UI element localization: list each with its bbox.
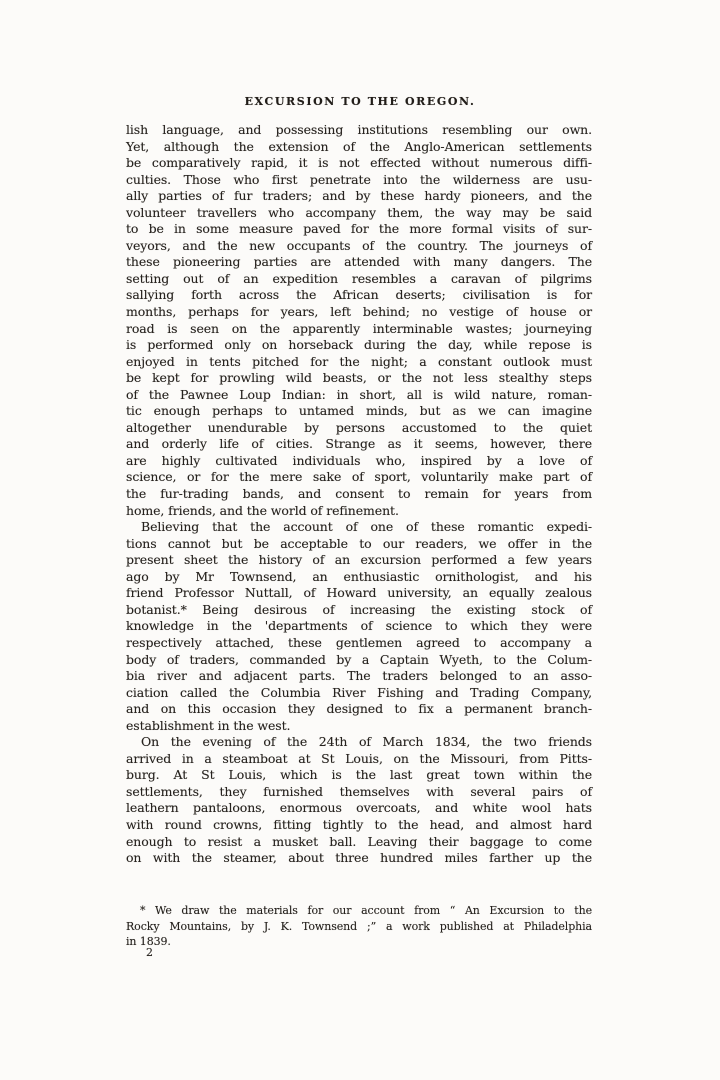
text-line: ally parties of fur traders; and by thes… xyxy=(126,188,592,205)
text-line: be comparatively rapid, it is not effect… xyxy=(126,155,592,172)
text-line: volunteer travellers who accompany them,… xyxy=(126,205,592,222)
text-line: and on this occasion they designed to fi… xyxy=(126,701,592,718)
text-line: setting out of an expedition resembles a… xyxy=(126,271,592,288)
text-line: Rocky Mountains, by J. K. Townsend ;” a … xyxy=(126,919,592,935)
text-line: veyors, and the new occupants of the cou… xyxy=(126,238,592,255)
text-line: Yet, although the extension of the Anglo… xyxy=(126,139,592,156)
text-line: body of traders, commanded by a Captain … xyxy=(126,652,592,669)
text-line: tic enough perhaps to untamed minds, but… xyxy=(126,403,592,420)
text-line: establishment in the west. xyxy=(126,718,592,735)
text-line: be kept for prowling wild beasts, or the… xyxy=(126,370,592,387)
text-line: these pioneering parties are attended wi… xyxy=(126,254,592,271)
text-line: burg. At St Louis, which is the last gre… xyxy=(126,767,592,784)
text-line: lish language, and possessing institutio… xyxy=(126,122,592,139)
text-line: Believing that the account of one of the… xyxy=(126,519,592,536)
text-line: with round crowns, fitting tightly to th… xyxy=(126,817,592,834)
text-line: sallying forth across the African desert… xyxy=(126,287,592,304)
footnote: * We draw the materials for our account … xyxy=(126,903,592,950)
page-number: 2 xyxy=(146,946,153,959)
text-line: culties. Those who first penetrate into … xyxy=(126,172,592,189)
text-line: ciation called the Columbia River Fishin… xyxy=(126,685,592,702)
text-line: altogether unendurable by persons accust… xyxy=(126,420,592,437)
text-line: the fur-trading bands, and consent to re… xyxy=(126,486,592,503)
text-line: months, perhaps for years, left behind; … xyxy=(126,304,592,321)
paragraph: Believing that the account of one of the… xyxy=(126,519,592,734)
running-header-title: EXCURSION TO THE OREGON. xyxy=(0,95,720,108)
text-line: botanist.* Being desirous of increasing … xyxy=(126,602,592,619)
text-line: knowledge in the 'departments of science… xyxy=(126,618,592,635)
paragraph: On the evening of the 24th of March 1834… xyxy=(126,734,592,866)
text-line: enjoyed in tents pitched for the night; … xyxy=(126,354,592,371)
text-line: respectively attached, these gentlemen a… xyxy=(126,635,592,652)
text-line: bia river and adjacent parts. The trader… xyxy=(126,668,592,685)
text-line: leathern pantaloons, enormous overcoats,… xyxy=(126,800,592,817)
text-line: arrived in a steamboat at St Louis, on t… xyxy=(126,751,592,768)
text-line: * We draw the materials for our account … xyxy=(126,903,592,919)
text-line: tions cannot but be acceptable to our re… xyxy=(126,536,592,553)
text-line: science, or for the mere sake of sport, … xyxy=(126,469,592,486)
text-line: on with the steamer, about three hundred… xyxy=(126,850,592,867)
text-line: of the Pawnee Loup Indian: in short, all… xyxy=(126,387,592,404)
paragraph: lish language, and possessing institutio… xyxy=(126,122,592,519)
text-line: in 1839. xyxy=(126,934,592,950)
text-line: On the evening of the 24th of March 1834… xyxy=(126,734,592,751)
text-line: home, friends, and the world of refineme… xyxy=(126,503,592,520)
text-line: to be in some measure paved for the more… xyxy=(126,221,592,238)
text-line: present sheet the history of an excursio… xyxy=(126,552,592,569)
text-line: and orderly life of cities. Strange as i… xyxy=(126,436,592,453)
text-line: are highly cultivated individuals who, i… xyxy=(126,453,592,470)
text-line: is performed only on horseback during th… xyxy=(126,337,592,354)
text-line: ago by Mr Townsend, an enthusiastic orni… xyxy=(126,569,592,586)
text-line: settlements, they furnished themselves w… xyxy=(126,784,592,801)
text-line: friend Professor Nuttall, of Howard univ… xyxy=(126,585,592,602)
book-page: EXCURSION TO THE OREGON. lish language, … xyxy=(0,0,720,1080)
text-block: lish language, and possessing institutio… xyxy=(126,122,592,867)
text-line: enough to resist a musket ball. Leaving … xyxy=(126,834,592,851)
text-line: road is seen on the apparently intermina… xyxy=(126,321,592,338)
